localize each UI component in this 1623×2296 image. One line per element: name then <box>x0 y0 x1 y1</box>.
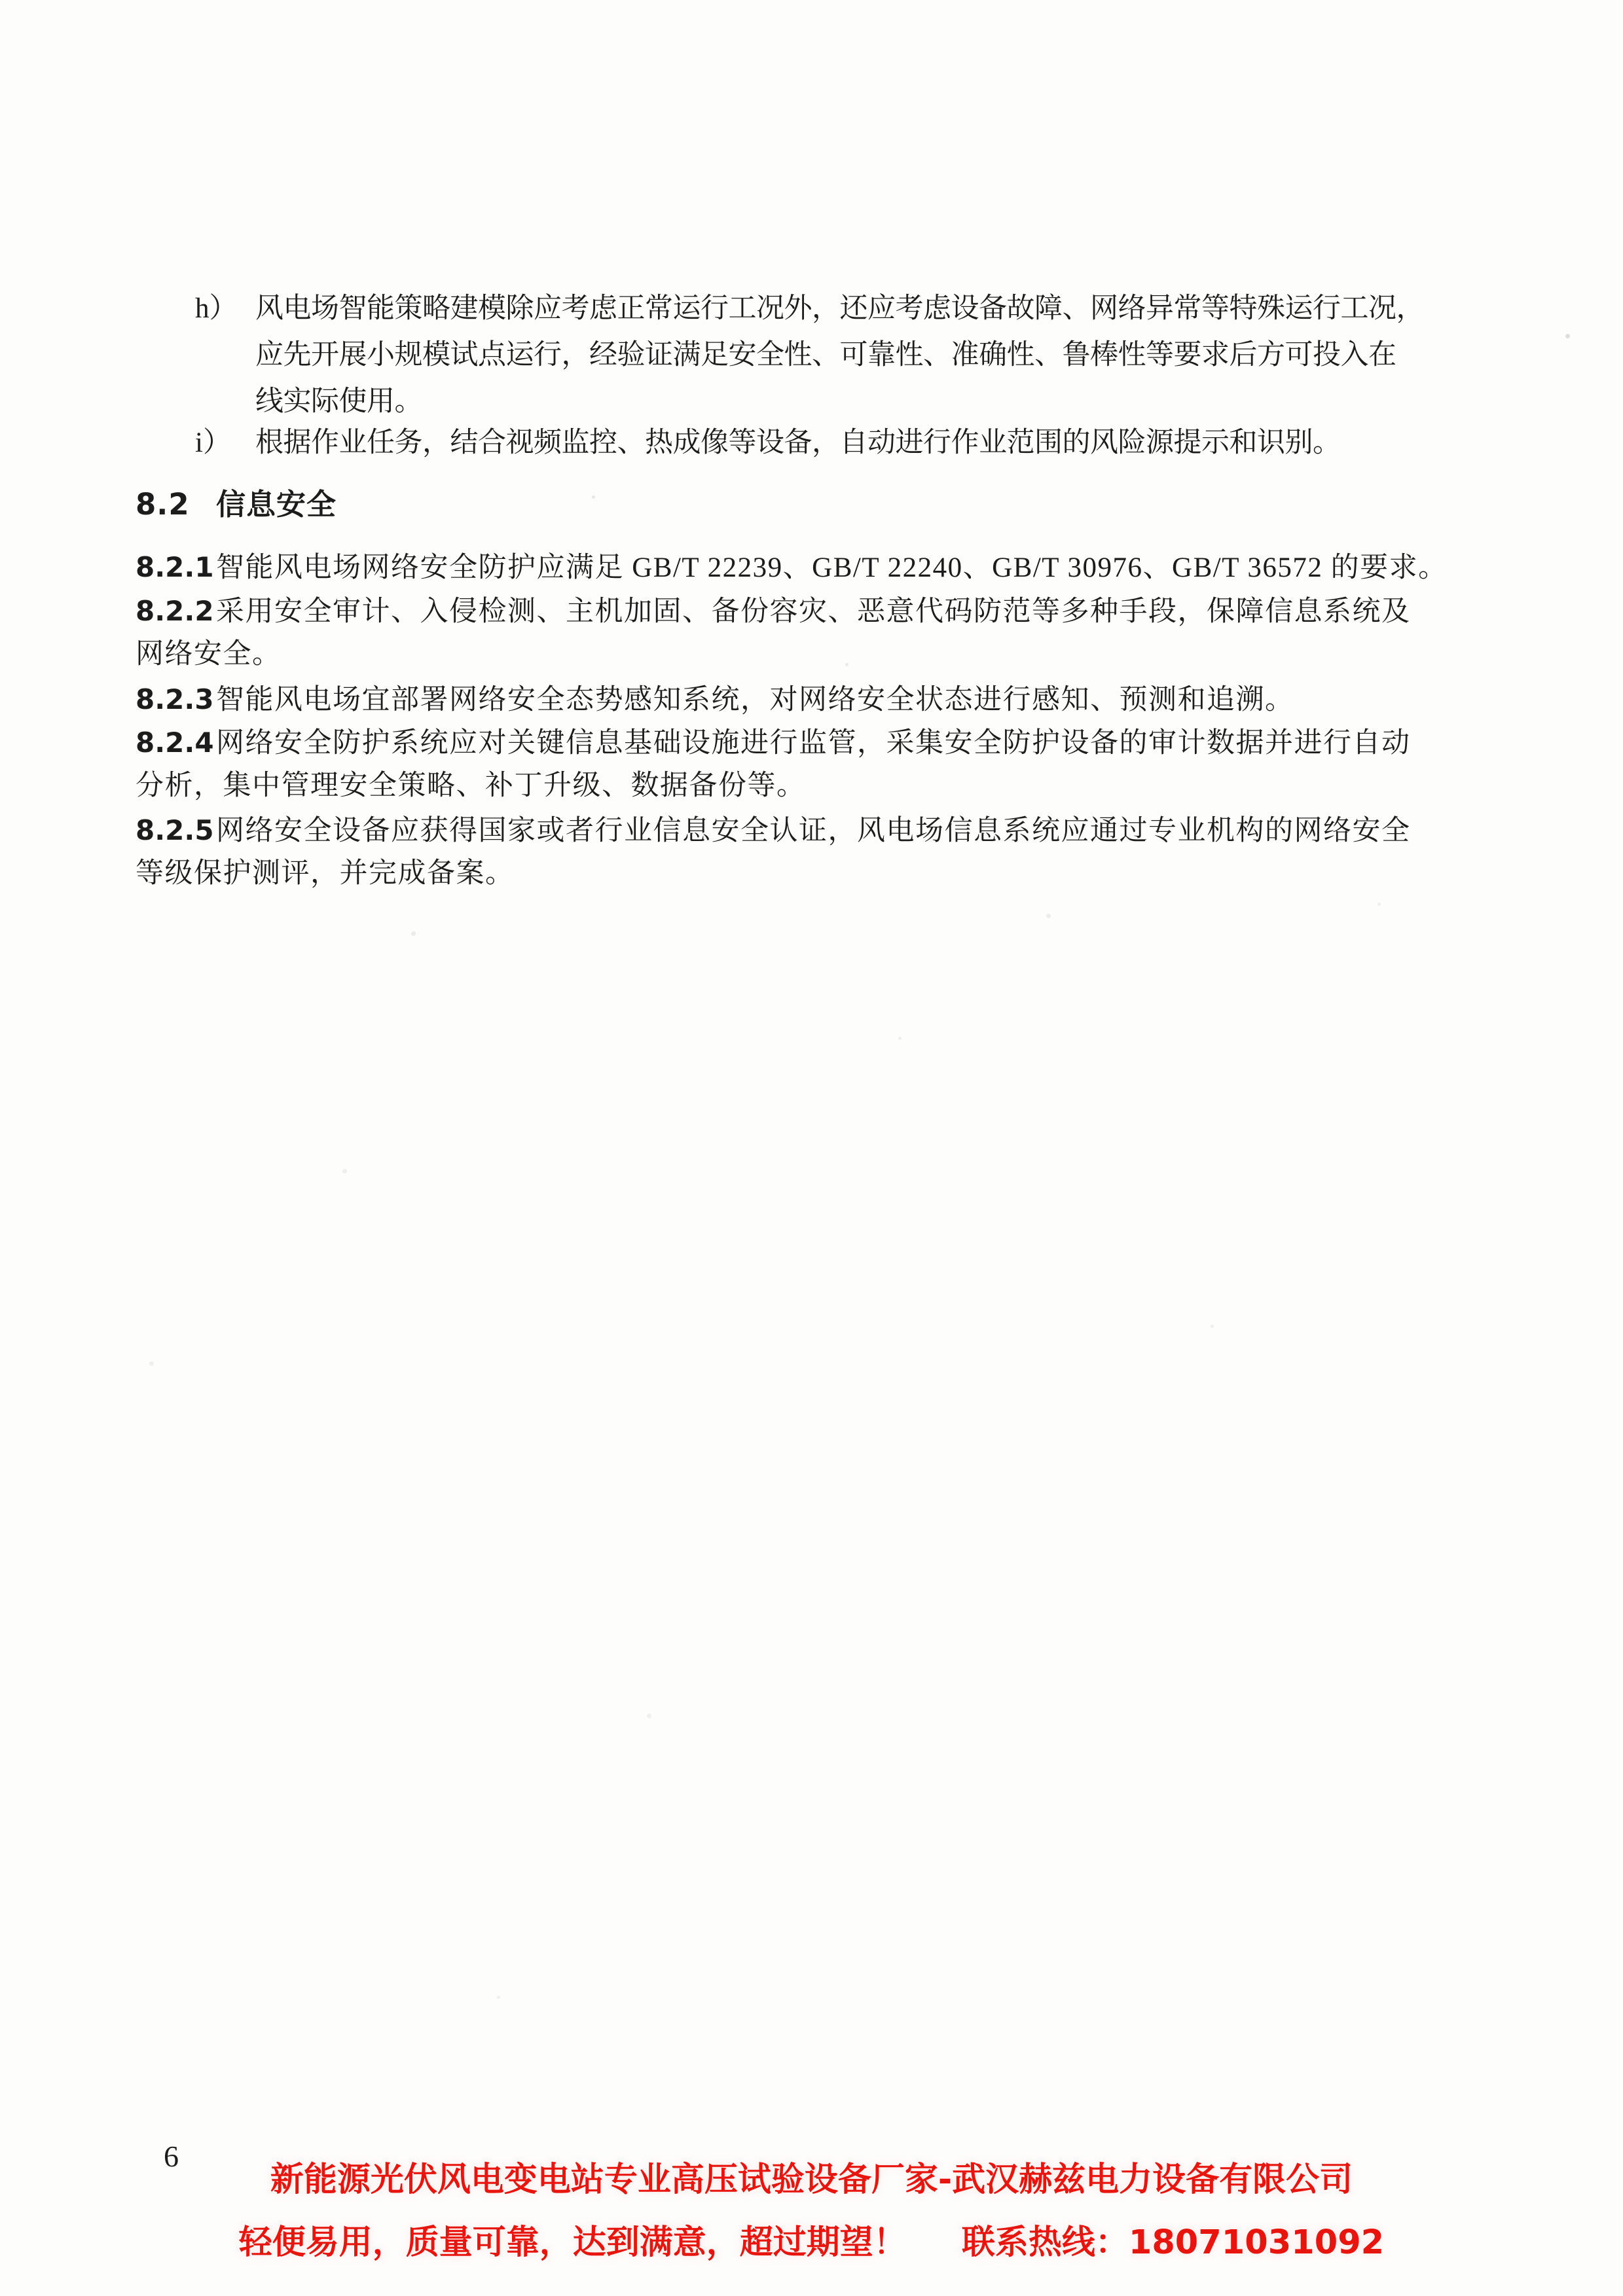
footer-hotline-number: 18071031092 <box>1129 2223 1384 2262</box>
clause-text: 网络安全设备应获得国家或者行业信息安全认证，风电场信息系统应通过专业机构的网络安… <box>216 816 1411 846</box>
clause-number: 8.2.5 <box>136 809 216 852</box>
clause-number: 8.2.1 <box>136 546 216 588</box>
section-heading: 8.2信息安全 <box>136 485 337 524</box>
clause-8-2-2: 8.2.2采用安全审计、入侵检测、主机加固、备份容灾、恶意代码防范等多种手段，保… <box>136 590 1451 675</box>
clause-line: 8.2.1智能风电场网络安全防护应满足 GB/T 22239、GB/T 2224… <box>136 546 1451 589</box>
clause-line-continuation: 网络安全。 <box>136 633 1451 675</box>
clause-line-continuation: 等级保护测评，并完成备案。 <box>136 852 1451 895</box>
list-item-i: i） 根据作业任务，结合视频监控、热成像等设备，自动进行作业范围的风险源提示和识… <box>255 420 1444 466</box>
footer-company-line: 新能源光伏风电变电站专业高压试验设备厂家-武汉赫兹电力设备有限公司 <box>0 2160 1623 2200</box>
clause-line-continuation: 分析，集中管理安全策略、补丁升级、数据备份等。 <box>136 764 1451 807</box>
list-item-h-line-1: 风电场智能策略建模除应考虑正常运行工况外，还应考虑设备故障、网络异常等特殊运行工… <box>255 285 1444 332</box>
clause-line: 8.2.4网络安全防护系统应对关键信息基础设施进行监管，采集安全防护设备的审计数… <box>136 721 1451 764</box>
clause-8-2-4: 8.2.4网络安全防护系统应对关键信息基础设施进行监管，采集安全防护设备的审计数… <box>136 721 1451 807</box>
list-item-h: h） 风电场智能策略建模除应考虑正常运行工况外，还应考虑设备故障、网络异常等特殊… <box>255 285 1444 425</box>
clause-text: 智能风电场宜部署网络安全态势感知系统，对网络安全状态进行感知、预测和追溯。 <box>216 685 1294 715</box>
clause-text: 采用安全审计、入侵检测、主机加固、备份容灾、恶意代码防范等多种手段，保障信息系统… <box>216 596 1411 627</box>
clause-8-2-5: 8.2.5网络安全设备应获得国家或者行业信息安全认证，风电场信息系统应通过专业机… <box>136 809 1451 895</box>
clause-8-2-1: 8.2.1智能风电场网络安全防护应满足 GB/T 22239、GB/T 2224… <box>136 546 1451 589</box>
list-item-i-label: i） <box>195 420 231 466</box>
list-item-i-line-1: 根据作业任务，结合视频监控、热成像等设备，自动进行作业范围的风险源提示和识别。 <box>255 420 1444 466</box>
section-heading-number: 8.2 <box>136 485 216 524</box>
list-item-h-line-2: 应先开展小规模试点运行，经验证满足安全性、可靠性、准确性、鲁棒性等要求后方可投入… <box>255 332 1444 378</box>
footer-hotline-label: 联系热线： <box>962 2223 1129 2262</box>
section-heading-title: 信息安全 <box>216 487 337 522</box>
clause-number: 8.2.3 <box>136 678 216 721</box>
scan-speckles <box>0 0 2 2</box>
clause-8-2-3: 8.2.3智能风电场宜部署网络安全态势感知系统，对网络安全状态进行感知、预测和追… <box>136 678 1451 721</box>
footer-slogan-line: 轻便易用，质量可靠，达到满意，超过期望！ 联系热线：18071031092 <box>0 2223 1623 2263</box>
clause-text: 智能风电场网络安全防护应满足 GB/T 22239、GB/T 22240、GB/… <box>216 552 1448 583</box>
list-item-h-line-3: 线实际使用。 <box>255 378 1444 425</box>
clause-number: 8.2.4 <box>136 721 216 764</box>
clause-line: 8.2.3智能风电场宜部署网络安全态势感知系统，对网络安全状态进行感知、预测和追… <box>136 678 1451 721</box>
document-page: h） 风电场智能策略建模除应考虑正常运行工况外，还应考虑设备故障、网络异常等特殊… <box>0 0 1623 2296</box>
clause-line: 8.2.2采用安全审计、入侵检测、主机加固、备份容灾、恶意代码防范等多种手段，保… <box>136 590 1451 633</box>
clause-number: 8.2.2 <box>136 590 216 632</box>
list-item-h-label: h） <box>195 285 238 332</box>
footer-slogan: 轻便易用，质量可靠，达到满意，超过期望！ <box>239 2223 907 2263</box>
footer-hotline: 联系热线：18071031092 <box>962 2223 1384 2263</box>
clause-line: 8.2.5网络安全设备应获得国家或者行业信息安全认证，风电场信息系统应通过专业机… <box>136 809 1451 852</box>
clause-text: 网络安全防护系统应对关键信息基础设施进行监管，采集安全防护设备的审计数据并进行自… <box>216 728 1411 759</box>
